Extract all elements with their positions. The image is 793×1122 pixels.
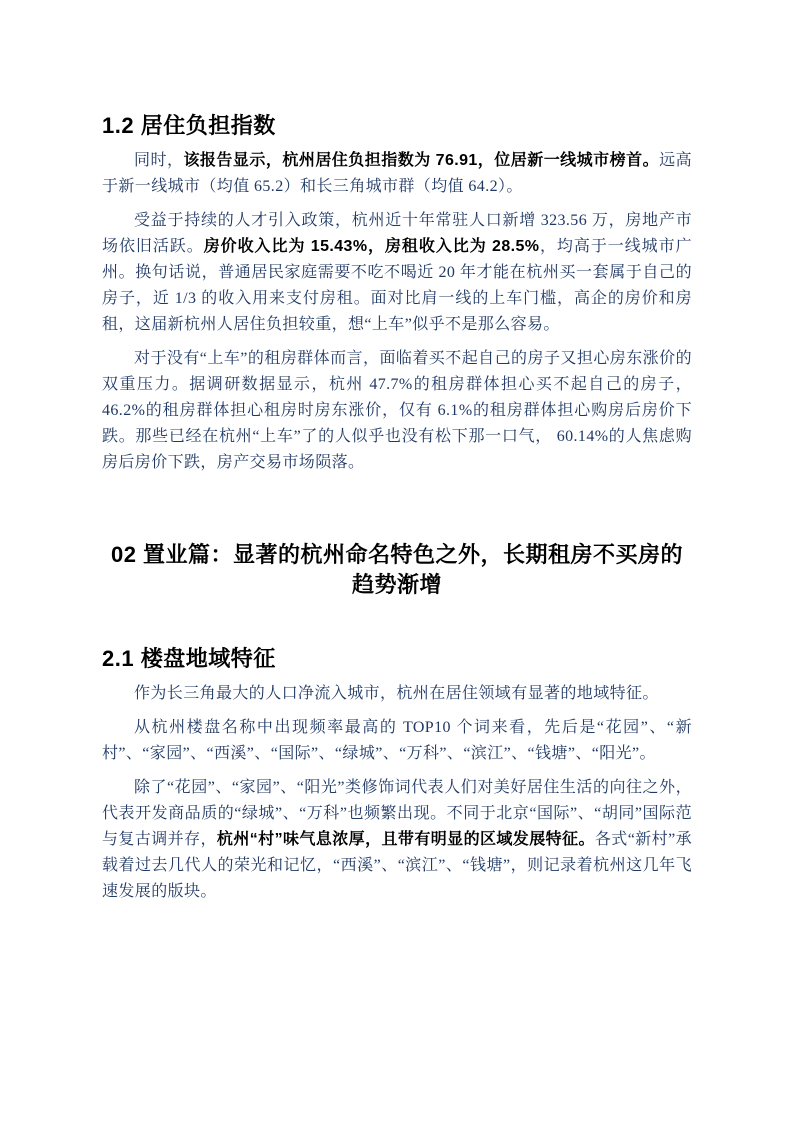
text-run: 同时， [134,152,183,169]
text-run: 从杭州楼盘名称中出现频率最高的 TOP10 个词来看，先后是“花园”、“新村”、… [102,719,692,762]
document-page: 1.2 居住负担指数 同时，该报告显示，杭州居住负担指数为 76.91，位居新一… [0,0,793,1122]
chapter-heading-02: 02 置业篇：显著的杭州命名特色之外，长期租房不买房的趋势渐增 [102,540,692,600]
emphasis-text-run: 房价收入比为 15.43%，房租收入比为 28.5% [204,238,540,255]
emphasis-text-run: 该报告显示，杭州居住负担指数为 76.91，位居新一线城市榜首。 [183,152,659,169]
emphasis-text-run: 杭州“村”味气息浓厚，且带有明显的区域发展特征。 [217,831,595,848]
paragraph-regional-intro: 作为长三角最大的人口净流入城市，杭州在居住领域有显著的地域特征。 [102,681,692,707]
section-heading-1-2: 1.2 居住负担指数 [102,112,692,140]
text-run: 作为长三角最大的人口净流入城市，杭州在居住领域有显著的地域特征。 [134,685,659,702]
paragraph-housing-burden-index: 同时，该报告显示，杭州居住负担指数为 76.91，位居新一线城市榜首。远高于新一… [102,148,692,200]
paragraph-renter-anxiety: 对于没有“上车”的租房群体而言，面临着买不起自己的房子又担心房东涨价的双重压力。… [102,346,692,476]
text-run: 对于没有“上车”的租房群体而言，面临着买不起自己的房子又担心房东涨价的双重压力。… [102,350,692,471]
section-heading-2-1: 2.1 楼盘地域特征 [102,645,692,673]
paragraph-top10-words: 从杭州楼盘名称中出现频率最高的 TOP10 个词来看，先后是“花园”、“新村”、… [102,715,692,767]
paragraph-naming-features: 除了“花园”、“家园”、“阳光”类修饰词代表人们对美好居住生活的向往之外，代表开… [102,775,692,905]
paragraph-income-ratio: 受益于持续的人才引入政策，杭州近十年常驻人口新增 323.56 万，房地产市场依… [102,208,692,338]
